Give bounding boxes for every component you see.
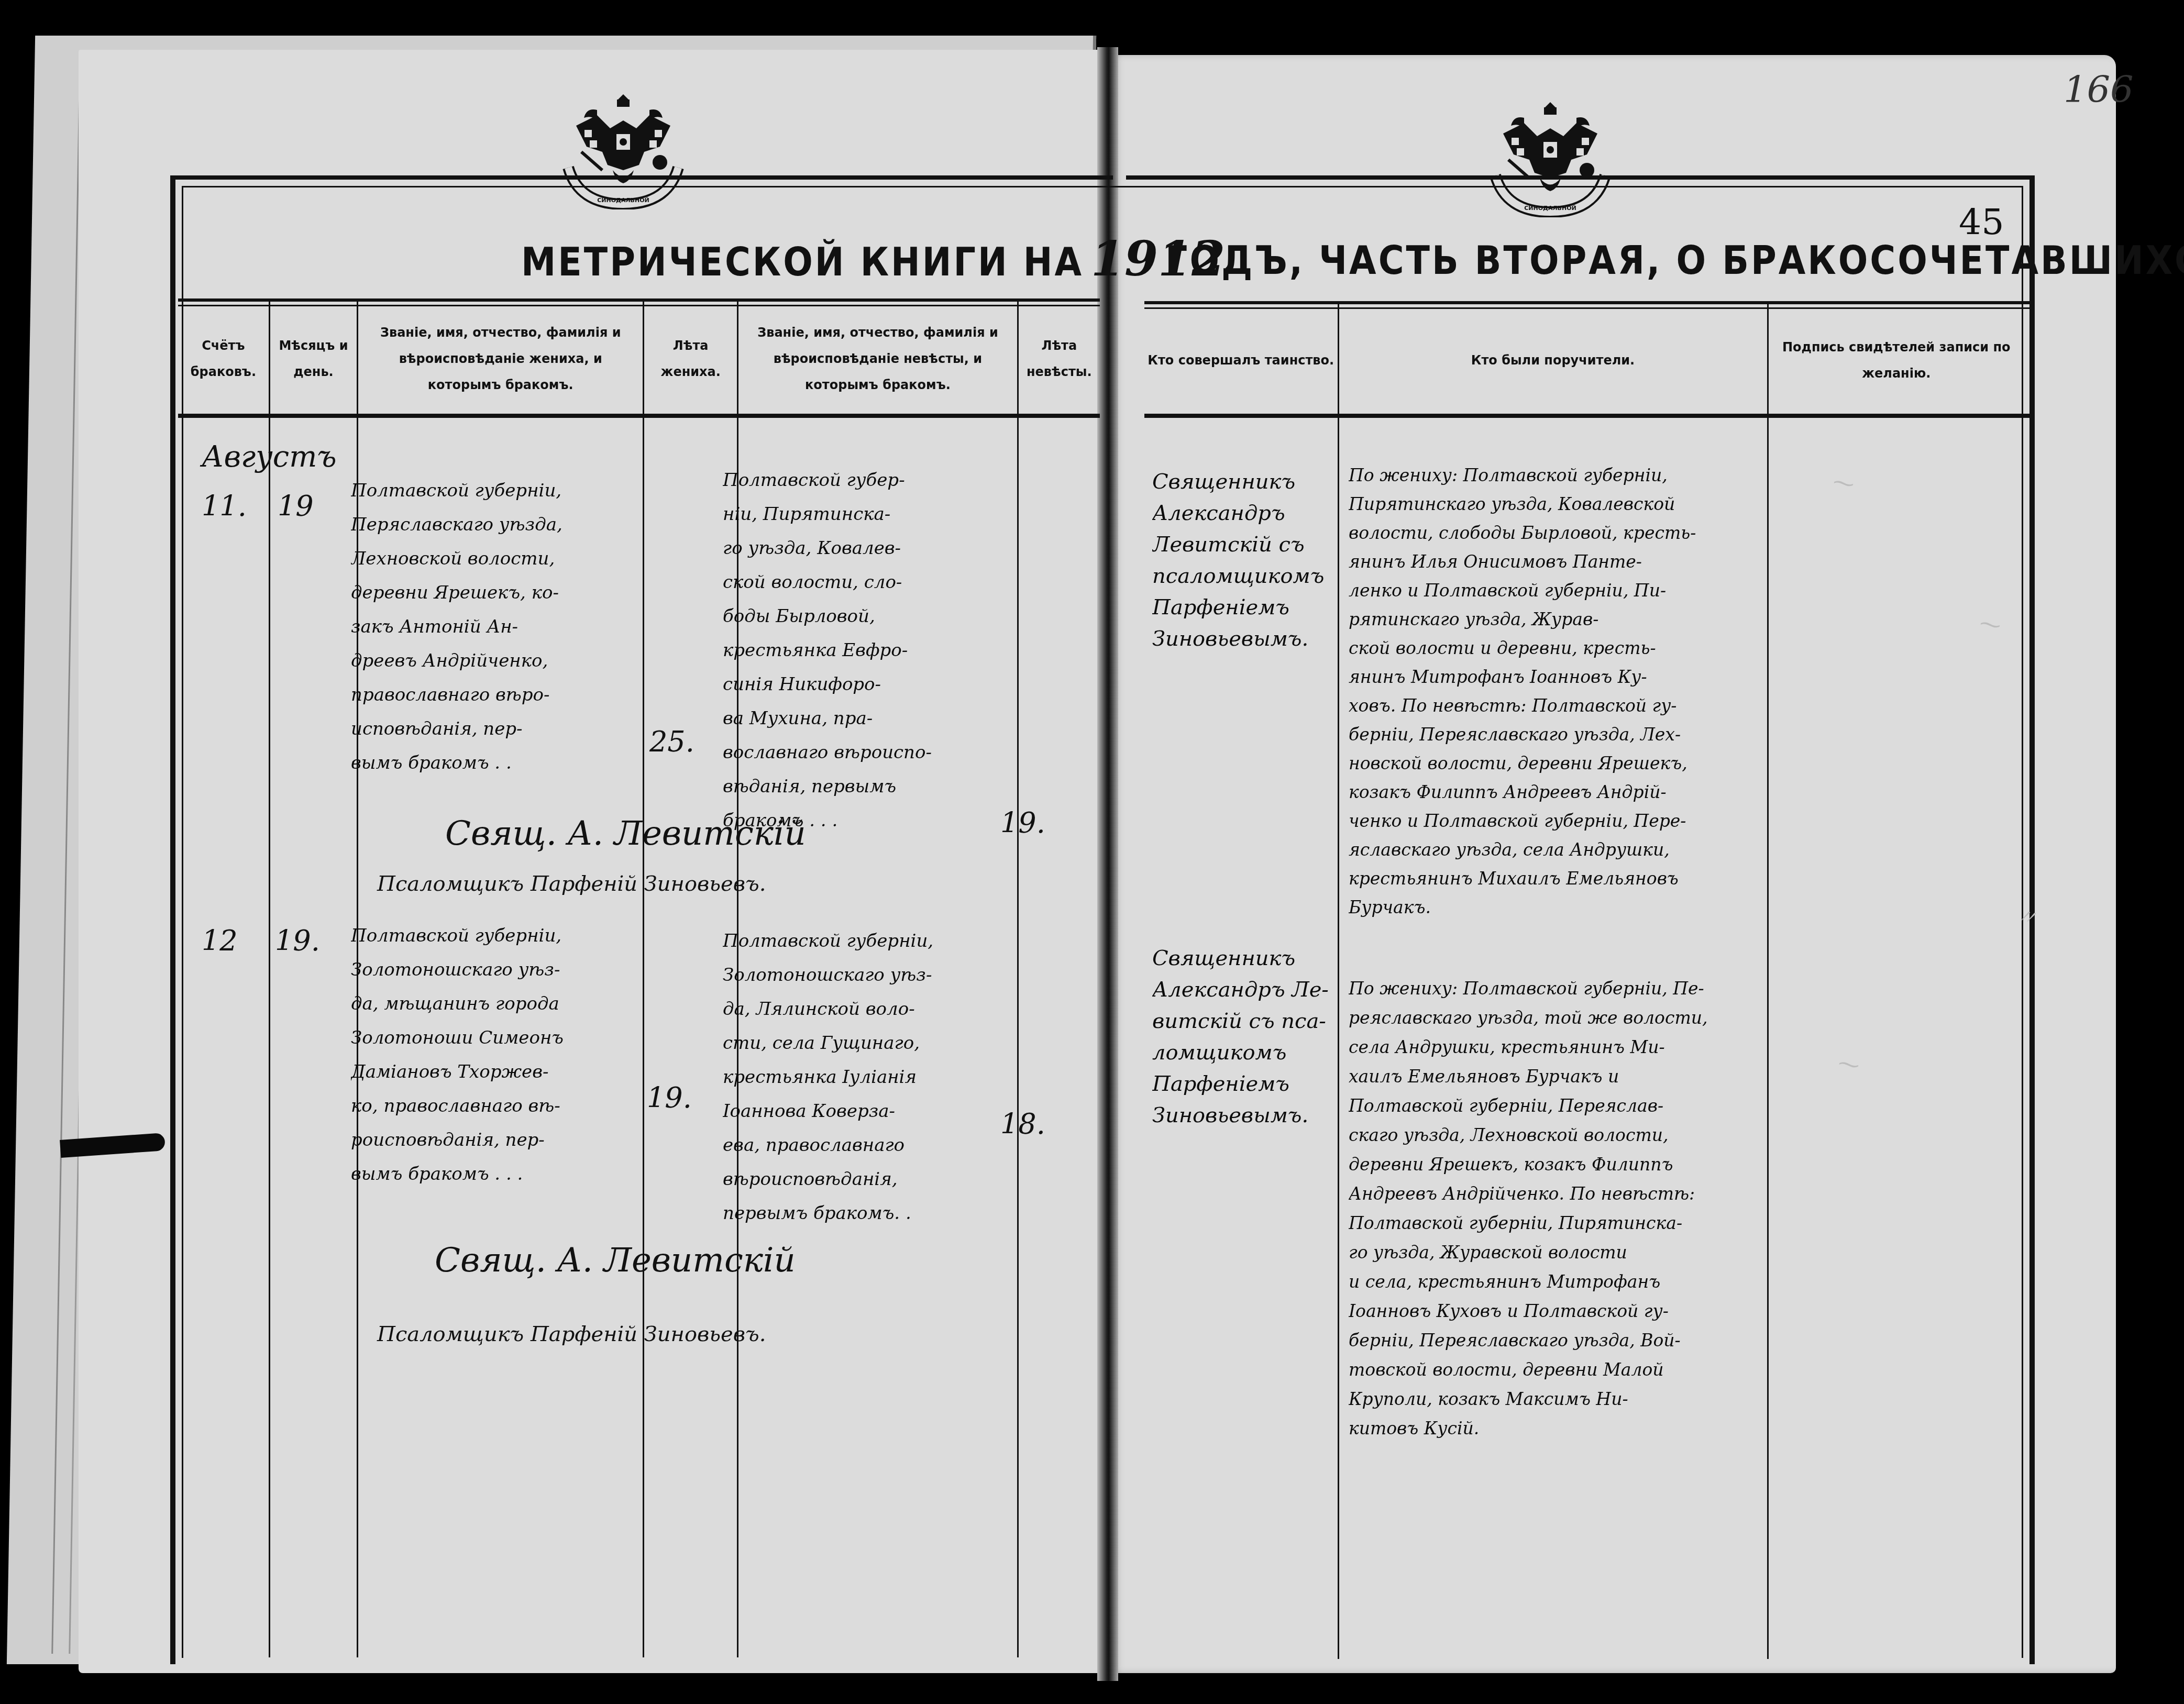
- column-header-groom: Званіе, имя, отчество, фамилія и вѣроисп…: [358, 301, 644, 416]
- column-header-sureties: Кто были поручители.: [1338, 303, 1768, 418]
- groom-age: 25.: [649, 725, 694, 758]
- groom-age: 19.: [647, 1081, 692, 1114]
- table-header-row: Счётъ браковъ. Мѣсяцъ и день. Званіе, им…: [178, 301, 1100, 416]
- column-header-officiant: Кто совершалъ таинство.: [1144, 303, 1338, 418]
- sureties-details: По жениху: Полтавской губерніи, Пе- реяс…: [1349, 974, 1773, 1443]
- column-header-marriage-number: Счётъ браковъ.: [178, 301, 269, 416]
- bride-age: 19.: [1000, 806, 1045, 839]
- table-header-row: Кто совершалъ таинство. Кто были поручит…: [1144, 303, 2024, 418]
- psalmist-signature: Псаломщикъ Парфеній Зиновьевъ.: [377, 872, 766, 896]
- page-title-right: ГОДЪ, ЧАСТЬ ВТОРАЯ, О БРАКОСОЧЕТАВШИХСЯ.: [1165, 238, 2184, 283]
- title-text: МЕТРИЧЕСКОЙ КНИГИ НА: [521, 240, 1084, 285]
- groom-details: Полтавской губерніи, Перяславскаго уѣзда…: [351, 474, 623, 780]
- page-title-left: МЕТРИЧЕСКОЙ КНИГИ НА1912: [521, 230, 1225, 287]
- entry-day: 19.: [275, 924, 320, 957]
- entry-number: 12: [202, 924, 238, 957]
- entry-number: 11.: [202, 490, 247, 523]
- officiant-details: Священникъ Александръ Ле- витскій съ пса…: [1152, 943, 1336, 1131]
- column-header-witness-signatures: Подпись свидѣтелей записи по желанію.: [1768, 303, 2024, 418]
- bride-details: Полтавской губер- ніи, Пирятинска- го уѣ…: [723, 463, 979, 838]
- psalmist-signature: Псаломщикъ Парфеній Зиновьевъ.: [377, 1322, 766, 1346]
- column-header-bride: Званіе, имя, отчество, фамилія и вѣроисп…: [738, 301, 1018, 416]
- month-label: Августъ: [202, 440, 337, 474]
- handwritten-folio-number: 166: [2064, 68, 2134, 111]
- column-header-month-day: Мѣсяцъ и день.: [269, 301, 357, 416]
- bride-age: 18.: [1000, 1108, 1045, 1141]
- groom-details: Полтавской губерніи, Золотоношскаго уѣз-…: [351, 919, 623, 1191]
- column-header-bride-age: Лѣта невѣсты.: [1018, 301, 1100, 416]
- officiant-details: Священникъ Александръ Левитскій съ псало…: [1152, 466, 1336, 655]
- entry-day: 19: [278, 490, 314, 523]
- bride-details: Полтавской губерніи, Золотоношскаго уѣз-…: [723, 924, 979, 1231]
- sureties-details: По жениху: Полтавской губерніи, Пирятинс…: [1349, 461, 1773, 922]
- priest-signature: Свящ. А. Левитскій: [435, 1241, 796, 1280]
- column-header-groom-age: Лѣта жениха.: [644, 301, 738, 416]
- priest-signature: Свящ. А. Левитскій: [445, 814, 806, 853]
